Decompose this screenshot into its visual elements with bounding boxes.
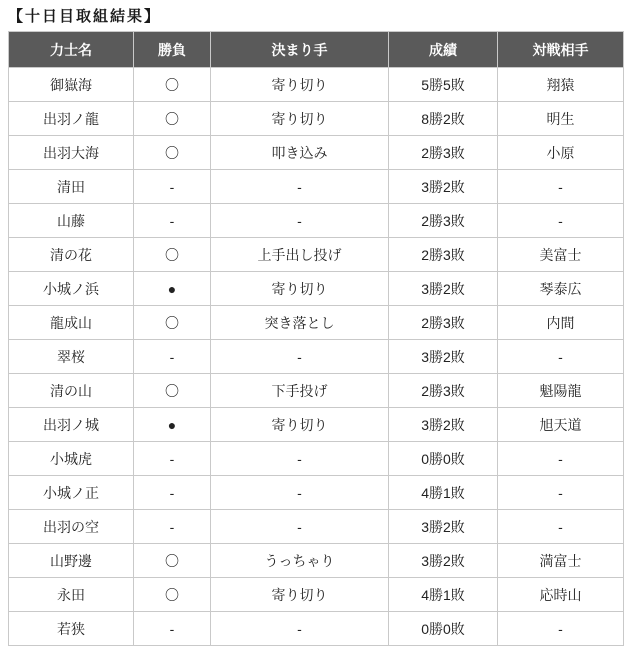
cell-rikishi: 出羽大海 <box>9 136 134 170</box>
column-header-rikishi: 力士名 <box>9 32 134 68</box>
table-row: 山藤--2勝3敗- <box>9 204 624 238</box>
cell-opponent: 小原 <box>498 136 624 170</box>
column-header-record: 成績 <box>389 32 498 68</box>
cell-result: 〇 <box>134 102 211 136</box>
cell-rikishi: 小城ノ正 <box>9 476 134 510</box>
cell-result: 〇 <box>134 374 211 408</box>
cell-record: 3勝2敗 <box>389 544 498 578</box>
table-row: 永田〇寄り切り4勝1敗応時山 <box>9 578 624 612</box>
cell-rikishi: 出羽ノ龍 <box>9 102 134 136</box>
table-row: 若狭--0勝0敗- <box>9 612 624 646</box>
results-table-body: 御嶽海〇寄り切り5勝5敗翔猿出羽ノ龍〇寄り切り8勝2敗明生出羽大海〇叩き込み2勝… <box>9 68 624 646</box>
cell-result: 〇 <box>134 238 211 272</box>
cell-opponent: 応時山 <box>498 578 624 612</box>
column-header-kimarite: 決まり手 <box>211 32 389 68</box>
table-row: 翠桜--3勝2敗- <box>9 340 624 374</box>
cell-result: ● <box>134 408 211 442</box>
cell-opponent: 琴泰広 <box>498 272 624 306</box>
table-row: 出羽の空--3勝2敗- <box>9 510 624 544</box>
cell-kimarite: - <box>211 204 389 238</box>
table-row: 龍成山〇突き落とし2勝3敗内間 <box>9 306 624 340</box>
cell-rikishi: 御嶽海 <box>9 68 134 102</box>
table-row: 小城ノ浜●寄り切り3勝2敗琴泰広 <box>9 272 624 306</box>
cell-result: - <box>134 476 211 510</box>
cell-kimarite: - <box>211 510 389 544</box>
results-table-header: 力士名 勝負 決まり手 成績 対戦相手 <box>9 32 624 68</box>
cell-kimarite: 突き落とし <box>211 306 389 340</box>
cell-result: 〇 <box>134 306 211 340</box>
cell-record: 5勝5敗 <box>389 68 498 102</box>
cell-opponent: - <box>498 170 624 204</box>
cell-record: 3勝2敗 <box>389 408 498 442</box>
cell-opponent: - <box>498 612 624 646</box>
cell-record: 3勝2敗 <box>389 340 498 374</box>
cell-kimarite: - <box>211 442 389 476</box>
cell-result: - <box>134 612 211 646</box>
cell-rikishi: 清田 <box>9 170 134 204</box>
table-row: 御嶽海〇寄り切り5勝5敗翔猿 <box>9 68 624 102</box>
cell-record: 0勝0敗 <box>389 612 498 646</box>
cell-result: 〇 <box>134 578 211 612</box>
cell-opponent: 明生 <box>498 102 624 136</box>
cell-rikishi: 出羽ノ城 <box>9 408 134 442</box>
cell-record: 2勝3敗 <box>389 204 498 238</box>
cell-kimarite: 寄り切り <box>211 408 389 442</box>
cell-rikishi: 小城虎 <box>9 442 134 476</box>
column-header-opponent: 対戦相手 <box>498 32 624 68</box>
table-row: 出羽ノ龍〇寄り切り8勝2敗明生 <box>9 102 624 136</box>
cell-kimarite: 下手投げ <box>211 374 389 408</box>
cell-opponent: 満富士 <box>498 544 624 578</box>
table-row: 小城虎--0勝0敗- <box>9 442 624 476</box>
cell-rikishi: 小城ノ浜 <box>9 272 134 306</box>
cell-rikishi: 翠桜 <box>9 340 134 374</box>
table-row: 清の山〇下手投げ2勝3敗魁陽龍 <box>9 374 624 408</box>
cell-record: 0勝0敗 <box>389 442 498 476</box>
cell-kimarite: 叩き込み <box>211 136 389 170</box>
cell-result: 〇 <box>134 544 211 578</box>
cell-record: 4勝1敗 <box>389 476 498 510</box>
cell-record: 2勝3敗 <box>389 238 498 272</box>
cell-opponent: 内間 <box>498 306 624 340</box>
cell-opponent: - <box>498 204 624 238</box>
table-row: 出羽大海〇叩き込み2勝3敗小原 <box>9 136 624 170</box>
cell-kimarite: - <box>211 340 389 374</box>
cell-result: ● <box>134 272 211 306</box>
page-title: 【十日目取組結果】 <box>8 8 623 25</box>
results-table: 力士名 勝負 決まり手 成績 対戦相手 御嶽海〇寄り切り5勝5敗翔猿出羽ノ龍〇寄… <box>8 31 624 646</box>
cell-opponent: - <box>498 510 624 544</box>
table-row: 山野邊〇うっちゃり3勝2敗満富士 <box>9 544 624 578</box>
cell-record: 3勝2敗 <box>389 170 498 204</box>
cell-kimarite: 寄り切り <box>211 272 389 306</box>
column-header-result: 勝負 <box>134 32 211 68</box>
cell-opponent: 旭天道 <box>498 408 624 442</box>
cell-record: 3勝2敗 <box>389 272 498 306</box>
table-row: 小城ノ正--4勝1敗- <box>9 476 624 510</box>
cell-result: - <box>134 510 211 544</box>
cell-kimarite: 上手出し投げ <box>211 238 389 272</box>
cell-result: - <box>134 340 211 374</box>
cell-opponent: 翔猿 <box>498 68 624 102</box>
cell-record: 8勝2敗 <box>389 102 498 136</box>
cell-rikishi: 永田 <box>9 578 134 612</box>
cell-record: 2勝3敗 <box>389 306 498 340</box>
cell-opponent: 美富士 <box>498 238 624 272</box>
cell-opponent: - <box>498 340 624 374</box>
header-row: 力士名 勝負 決まり手 成績 対戦相手 <box>9 32 624 68</box>
cell-opponent: - <box>498 442 624 476</box>
cell-kimarite: - <box>211 476 389 510</box>
cell-record: 2勝3敗 <box>389 374 498 408</box>
cell-record: 2勝3敗 <box>389 136 498 170</box>
cell-rikishi: 山野邊 <box>9 544 134 578</box>
cell-result: - <box>134 204 211 238</box>
cell-kimarite: 寄り切り <box>211 68 389 102</box>
table-row: 出羽ノ城●寄り切り3勝2敗旭天道 <box>9 408 624 442</box>
cell-result: - <box>134 442 211 476</box>
table-row: 清田--3勝2敗- <box>9 170 624 204</box>
cell-rikishi: 出羽の空 <box>9 510 134 544</box>
cell-result: - <box>134 170 211 204</box>
cell-kimarite: うっちゃり <box>211 544 389 578</box>
cell-record: 3勝2敗 <box>389 510 498 544</box>
cell-kimarite: 寄り切り <box>211 578 389 612</box>
cell-record: 4勝1敗 <box>389 578 498 612</box>
cell-kimarite: - <box>211 612 389 646</box>
cell-rikishi: 清の花 <box>9 238 134 272</box>
cell-opponent: - <box>498 476 624 510</box>
cell-kimarite: 寄り切り <box>211 102 389 136</box>
cell-rikishi: 若狭 <box>9 612 134 646</box>
cell-rikishi: 山藤 <box>9 204 134 238</box>
results-page: 【十日目取組結果】 力士名 勝負 決まり手 成績 対戦相手 御嶽海〇寄り切り5勝… <box>0 0 631 651</box>
table-row: 清の花〇上手出し投げ2勝3敗美富士 <box>9 238 624 272</box>
cell-rikishi: 龍成山 <box>9 306 134 340</box>
cell-opponent: 魁陽龍 <box>498 374 624 408</box>
cell-result: 〇 <box>134 136 211 170</box>
cell-result: 〇 <box>134 68 211 102</box>
cell-rikishi: 清の山 <box>9 374 134 408</box>
cell-kimarite: - <box>211 170 389 204</box>
